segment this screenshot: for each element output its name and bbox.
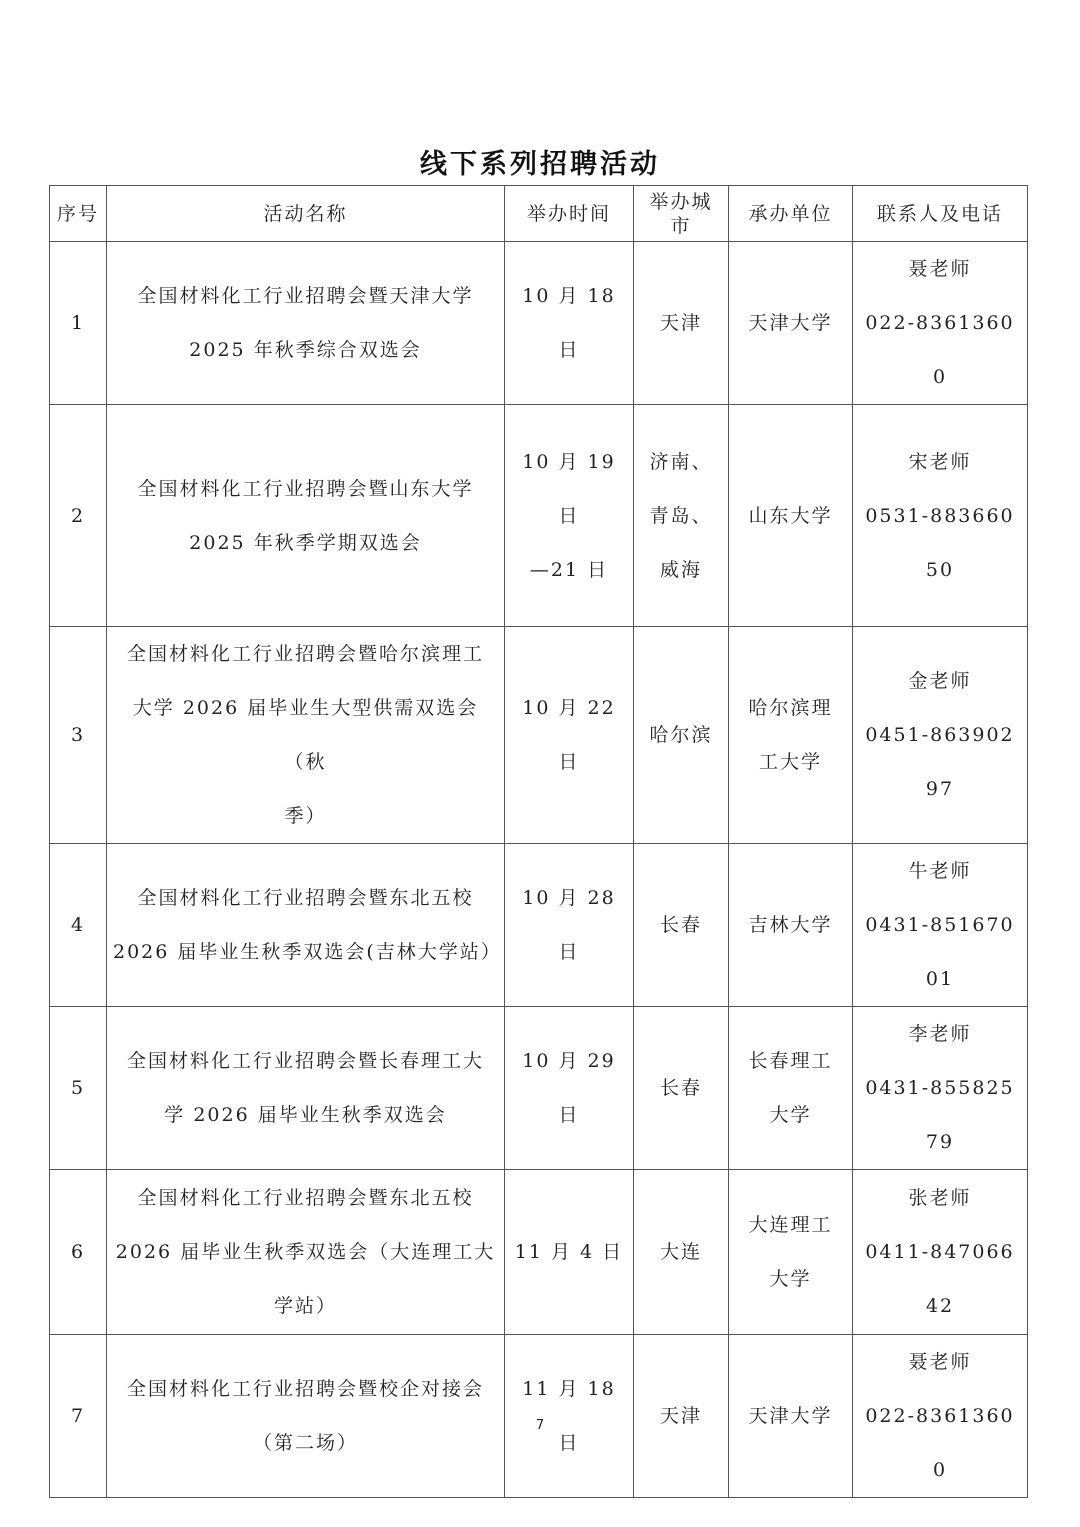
event-date: 10 月 22 日 bbox=[505, 627, 634, 844]
contact-name: 聂老师 bbox=[859, 1335, 1021, 1389]
contact-info: 宋老师 0531-88366050 bbox=[853, 405, 1028, 627]
table-row: 3 全国材料化工行业招聘会暨哈尔滨理工 大学 2026 届毕业生大型供需双选会（… bbox=[50, 627, 1028, 844]
row-index: 4 bbox=[50, 844, 107, 1007]
event-date: 11 月 18 日 bbox=[505, 1335, 634, 1498]
contact-name: 聂老师 bbox=[859, 242, 1021, 296]
row-index: 6 bbox=[50, 1170, 107, 1335]
row-index: 1 bbox=[50, 242, 107, 405]
activity-name: 全国材料化工行业招聘会暨天津大学 2025 年秋季综合双选会 bbox=[107, 242, 505, 405]
header-index: 序号 bbox=[50, 186, 107, 242]
contact-phone: 0531-88366050 bbox=[859, 489, 1021, 597]
contact-info: 李老师 0431-85582579 bbox=[853, 1007, 1028, 1170]
contact-name: 牛老师 bbox=[859, 844, 1021, 898]
event-city: 长春 bbox=[634, 1007, 729, 1170]
event-city: 济南、 青岛、 威海 bbox=[634, 405, 729, 627]
table-row: 5 全国材料化工行业招聘会暨长春理工大 学 2026 届毕业生秋季双选会 10 … bbox=[50, 1007, 1028, 1170]
contact-phone: 0431-85582579 bbox=[859, 1061, 1021, 1169]
event-city: 哈尔滨 bbox=[634, 627, 729, 844]
event-date: 10 月 18 日 bbox=[505, 242, 634, 405]
page-title: 线下系列招聘活动 bbox=[0, 142, 1080, 181]
contact-info: 聂老师 022-83613600 bbox=[853, 242, 1028, 405]
event-date: 10 月 19 日 —21 日 bbox=[505, 405, 634, 627]
contact-name: 金老师 bbox=[859, 654, 1021, 708]
host-unit: 天津大学 bbox=[729, 1335, 853, 1498]
activity-name: 全国材料化工行业招聘会暨校企对接会 （第二场） bbox=[107, 1335, 505, 1498]
host-unit: 天津大学 bbox=[729, 242, 853, 405]
activity-name: 全国材料化工行业招聘会暨长春理工大 学 2026 届毕业生秋季双选会 bbox=[107, 1007, 505, 1170]
row-index: 2 bbox=[50, 405, 107, 627]
contact-phone: 0451-86390297 bbox=[859, 708, 1021, 816]
host-unit: 长春理工 大学 bbox=[729, 1007, 853, 1170]
event-city: 大连 bbox=[634, 1170, 729, 1335]
header-contact: 联系人及电话 bbox=[853, 186, 1028, 242]
host-unit: 大连理工 大学 bbox=[729, 1170, 853, 1335]
activity-name: 全国材料化工行业招聘会暨山东大学 2025 年秋季学期双选会 bbox=[107, 405, 505, 627]
activity-name: 全国材料化工行业招聘会暨哈尔滨理工 大学 2026 届毕业生大型供需双选会（秋 … bbox=[107, 627, 505, 844]
table-row: 1 全国材料化工行业招聘会暨天津大学 2025 年秋季综合双选会 10 月 18… bbox=[50, 242, 1028, 405]
contact-info: 金老师 0451-86390297 bbox=[853, 627, 1028, 844]
contact-phone: 022-83613600 bbox=[859, 1389, 1021, 1497]
event-city: 天津 bbox=[634, 1335, 729, 1498]
page-number: 7 bbox=[0, 1418, 1080, 1433]
table-row: 7 全国材料化工行业招聘会暨校企对接会 （第二场） 11 月 18 日 天津 天… bbox=[50, 1335, 1028, 1498]
event-date: 10 月 29 日 bbox=[505, 1007, 634, 1170]
contact-phone: 0411-84706642 bbox=[859, 1225, 1021, 1333]
header-activity-name: 活动名称 bbox=[107, 186, 505, 242]
contact-phone: 0431-85167001 bbox=[859, 898, 1021, 1006]
table-row: 6 全国材料化工行业招聘会暨东北五校 2026 届毕业生秋季双选会（大连理工大 … bbox=[50, 1170, 1028, 1335]
contact-info: 牛老师 0431-85167001 bbox=[853, 844, 1028, 1007]
activity-name: 全国材料化工行业招聘会暨东北五校 2026 届毕业生秋季双选会（大连理工大 学站… bbox=[107, 1170, 505, 1335]
event-city: 长春 bbox=[634, 844, 729, 1007]
recruitment-events-table: 序号 活动名称 举办时间 举办城市 承办单位 联系人及电话 1 全国材料化工行业… bbox=[49, 185, 1028, 1498]
row-index: 3 bbox=[50, 627, 107, 844]
contact-info: 张老师 0411-84706642 bbox=[853, 1170, 1028, 1335]
header-city: 举办城市 bbox=[634, 186, 729, 242]
host-unit: 吉林大学 bbox=[729, 844, 853, 1007]
table-row: 2 全国材料化工行业招聘会暨山东大学 2025 年秋季学期双选会 10 月 19… bbox=[50, 405, 1028, 627]
row-index: 5 bbox=[50, 1007, 107, 1170]
host-unit: 山东大学 bbox=[729, 405, 853, 627]
event-date: 10 月 28 日 bbox=[505, 844, 634, 1007]
event-date: 11 月 4 日 bbox=[505, 1170, 634, 1335]
host-unit: 哈尔滨理 工大学 bbox=[729, 627, 853, 844]
header-date: 举办时间 bbox=[505, 186, 634, 242]
activity-name: 全国材料化工行业招聘会暨东北五校 2026 届毕业生秋季双选会(吉林大学站） bbox=[107, 844, 505, 1007]
contact-name: 宋老师 bbox=[859, 435, 1021, 489]
row-index: 7 bbox=[50, 1335, 107, 1498]
table-header-row: 序号 活动名称 举办时间 举办城市 承办单位 联系人及电话 bbox=[50, 186, 1028, 242]
contact-phone: 022-83613600 bbox=[859, 296, 1021, 404]
event-city: 天津 bbox=[634, 242, 729, 405]
contact-info: 聂老师 022-83613600 bbox=[853, 1335, 1028, 1498]
header-host: 承办单位 bbox=[729, 186, 853, 242]
contact-name: 张老师 bbox=[859, 1171, 1021, 1225]
contact-name: 李老师 bbox=[859, 1007, 1021, 1061]
table-row: 4 全国材料化工行业招聘会暨东北五校 2026 届毕业生秋季双选会(吉林大学站）… bbox=[50, 844, 1028, 1007]
